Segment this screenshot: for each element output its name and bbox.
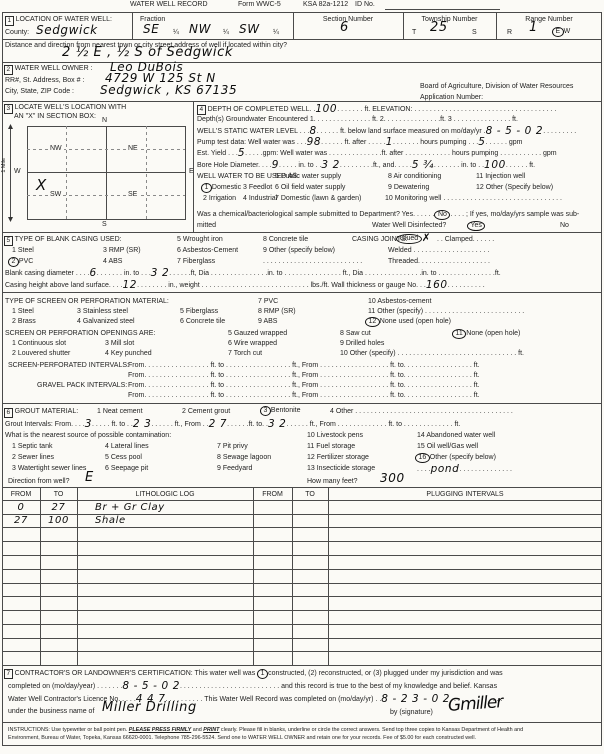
use-injection-well: 11 Injection well xyxy=(476,173,525,181)
openings-mill-slot: 3 Mill slot xyxy=(105,340,134,348)
lith-row-from: 0 xyxy=(2,504,40,512)
openings-continuous-slot: 1 Continuous slot xyxy=(12,340,66,348)
section5-title: 5TYPE OF BLANK CASING USED: xyxy=(4,236,122,246)
grout-from1-value: 3 xyxy=(85,418,92,430)
compass-w: W xyxy=(14,168,21,176)
grout-to2-value: 3 2 xyxy=(268,418,287,430)
quadrant-sw-label: SW xyxy=(48,191,63,199)
joints-clamped: . . Clamped. . . . . . xyxy=(437,236,494,244)
grout-cement-grout: 2 Cement grout xyxy=(182,408,230,416)
fraction-q2-value: NW xyxy=(189,25,211,33)
grout-neat-cement: 1 Neat cement xyxy=(97,408,143,416)
ksa-statute: KSA 82a-1212 xyxy=(303,1,348,9)
township-t: T xyxy=(412,29,416,37)
quadrant-se-label: SE xyxy=(126,191,139,199)
gravel-pack-intervals-label: GRAVEL PACK INTERVALS: xyxy=(37,382,127,390)
compass-n: N xyxy=(102,117,107,125)
section3-number: 3 xyxy=(4,104,13,114)
casing-other-dots: . . . . . . . . . . . . . . . . . . . . … xyxy=(263,258,362,266)
est-yield-line: Est. Yield . . .5. . . . .gpm: Well wate… xyxy=(197,149,557,158)
grout-bentonite-circled: 3Bentonite xyxy=(260,406,301,416)
disinfected-yes-circled: Yes xyxy=(467,221,485,231)
range-east-circled: EW xyxy=(552,27,570,37)
range-west: W xyxy=(564,28,571,35)
screen-rmp: 8 RMP (SR) xyxy=(258,308,296,316)
use-feedlot: 3 Feedlot xyxy=(243,184,272,192)
fraction-q1-value: SE xyxy=(143,25,159,33)
glued-check-mark: ✗ xyxy=(422,232,431,244)
range-value: 1 xyxy=(529,24,538,32)
form-title: WATER WELL RECORD xyxy=(130,1,208,9)
address-label: RR#, St. Address, Box # : xyxy=(5,77,84,85)
section4-number: 4 xyxy=(197,105,206,115)
openings-louvered: 2 Louvered shutter xyxy=(12,350,70,358)
lith-row-to: 100 xyxy=(40,517,77,525)
screen-pvc: 7 PVC xyxy=(258,298,278,306)
constructed-1-circled: 1 xyxy=(257,669,268,679)
contam-abandoned-well: 14 Abandoned water well xyxy=(417,432,495,440)
lith-row-description: Br + Gr Clay xyxy=(95,504,165,512)
use-oil-field: 6 Oil field water supply xyxy=(275,184,345,192)
interval-row: From. . . . . . . . . . . . . . . . . ft… xyxy=(128,382,480,390)
screen-brass: 2 Brass xyxy=(12,318,36,326)
section2-number: 2 xyxy=(4,65,13,75)
openings-saw-cut: 8 Saw cut xyxy=(340,330,371,338)
use-industrial: 4 Industrial xyxy=(243,195,277,203)
lith-row-from: 27 xyxy=(2,517,40,525)
contam-feedyard: 9 Feedyard xyxy=(217,465,252,473)
compass-s: S xyxy=(102,221,107,229)
county-value: Sedgwick xyxy=(36,26,98,34)
table-header-from-2: FROM xyxy=(253,491,292,499)
casing-asbestos-cement: 6 Asbestos-Cement xyxy=(177,247,238,255)
county-label: County: xyxy=(5,29,29,37)
one-mile-label: 1 Mile xyxy=(1,158,7,173)
screen-stainless: 3 Stainless steel xyxy=(77,308,128,316)
contam-other-value: pond xyxy=(431,463,460,475)
contam-fertilizer: 12 Fertilizer storage xyxy=(307,454,369,462)
section-number-value: 6 xyxy=(340,24,349,32)
grout-from2-value: 2 7 xyxy=(209,418,228,430)
application-number-label: Application Number: xyxy=(420,94,483,102)
business-name-label: under the business name of xyxy=(8,708,94,716)
chem-sample-no-circled: No xyxy=(434,210,450,220)
address-value: 4729 W 125 St N xyxy=(105,74,216,82)
section6-title: 6GROUT MATERIAL: xyxy=(4,408,78,418)
grout-other: 4 Other . . . . . . . . . . . . . . . . … xyxy=(330,408,513,416)
screen-none-used-circled: 12None used (open hole) xyxy=(365,317,451,327)
casing-height-value: 12 xyxy=(123,279,138,291)
certification-line-1: 7CONTRACTOR'S OR LANDOWNER'S CERTIFICATI… xyxy=(4,669,503,679)
quarter-glyph: ¼ xyxy=(223,29,229,37)
pump-test-line: Pump test data: Well water was . . .98. … xyxy=(197,138,522,147)
quadrant-nw-label: NW xyxy=(48,145,64,153)
quarter-glyph: ¼ xyxy=(173,29,179,37)
instructions-line-1: INSTRUCTIONS: Use typewriter or ball poi… xyxy=(8,727,523,733)
joints-welded: Welded . . . . . . . . . . . . . . . . .… xyxy=(388,247,489,255)
casing-other: 9 Other (specify below) xyxy=(263,247,335,255)
lith-row-description: Shale xyxy=(95,517,126,525)
board-of-agriculture-text: Board of Agriculture, Division of Water … xyxy=(420,83,573,91)
how-many-feet-value: 300 xyxy=(380,474,405,482)
screen-abs: 9 ABS xyxy=(258,318,277,326)
casing-depth-value: 3 2 xyxy=(151,267,170,279)
range-r: R xyxy=(507,29,512,37)
use-other: 12 Other (Specify below) xyxy=(476,184,553,192)
contam-watertight-sewer: 3 Watertight sewer lines xyxy=(12,465,86,473)
depth-completed-line: 4DEPTH OF COMPLETED WELL. .100. . . . . … xyxy=(197,105,556,115)
contam-septic: 1 Septic tank xyxy=(12,443,52,451)
bore-dia2-value: 5 ¾ xyxy=(412,159,434,171)
use-monitoring-well: 10 Monitoring well . . . . . . . . . . .… xyxy=(385,195,562,203)
section6-number: 6 xyxy=(4,408,13,418)
fraction-q3-value: SW xyxy=(239,25,260,33)
township-value: 25 xyxy=(430,24,448,32)
owner-label: 2WATER WELL OWNER : xyxy=(4,65,93,75)
use-public-supply: 5 Public water supply xyxy=(275,173,341,181)
lith-row-to: 27 xyxy=(40,504,77,512)
pump-test-depth-value: 98 xyxy=(307,136,322,148)
contam-oil-gas-well: 15 Oil well/Gas well xyxy=(417,443,478,451)
form-number: Form WWC-5 xyxy=(238,1,281,9)
table-header-to-2: TO xyxy=(292,491,328,499)
use-air-conditioning: 8 Air conditioning xyxy=(388,173,441,181)
well-location-x-mark: X xyxy=(36,181,47,189)
use-domestic-circled: 1Domestic xyxy=(201,183,241,193)
pump-test-hours-value: 1 xyxy=(386,136,393,148)
screen-perforated-intervals-label: SCREEN-PERFORATED INTERVALS: xyxy=(8,362,129,370)
contam-insecticide: 13 Insecticide storage xyxy=(307,465,375,473)
contam-pit-privy: 7 Pit privy xyxy=(217,443,248,451)
contam-sewage-lagoon: 8 Sewage lagoon xyxy=(217,454,271,462)
certification-line-3: Water Well Contractor's Licence No. . . … xyxy=(8,695,503,704)
static-water-level-line: WELL'S STATIC WATER LEVEL . . .8. . . . … xyxy=(197,127,576,136)
screen-other: 11 Other (specify) . . . . . . . . . . .… xyxy=(368,308,524,316)
bore-hole-line: Bore Hole Diameter. . . .9. . . . . in. … xyxy=(197,161,535,170)
openings-none-circled: 11None (open hole) xyxy=(452,329,520,339)
gauge-no-value: 160 xyxy=(426,279,448,291)
contam-other-value-line: . . . .pond. . . . . . . . . . . . . . xyxy=(417,465,512,474)
chemical-sample-line: Was a chemical/bacteriological sample su… xyxy=(197,210,579,220)
mitted-text: mitted xyxy=(197,222,216,230)
openings-other: 10 Other (specify) . . . . . . . . . . .… xyxy=(340,350,524,358)
interval-row: From. . . . . . . . . . . . . . . . . ft… xyxy=(128,392,480,400)
depth-completed-value: 100 xyxy=(315,103,337,115)
openings-drilled-holes: 9 Drilled holes xyxy=(340,340,384,348)
screen-concrete-tile: 6 Concrete tile xyxy=(180,318,225,326)
contam-other-circled: 16Other (specify below) xyxy=(415,453,496,463)
screen-galvanized: 4 Galvanized steel xyxy=(77,318,135,326)
interval-row: From. . . . . . . . . . . . . . . . . ft… xyxy=(128,362,480,370)
disinfected-no: No xyxy=(560,222,569,230)
distance-value: 2 ½ E , ½ S of Sedgwick xyxy=(62,49,233,57)
contam-cess-pool: 5 Cess pool xyxy=(105,454,142,462)
city-label: City, State, ZIP Code : xyxy=(5,88,74,96)
table-header-from: FROM xyxy=(2,491,40,499)
range-label: Range Number xyxy=(496,16,602,24)
bore-depth2-value: 100 xyxy=(484,159,506,171)
measured-date-value: 8 - 5 - 0 2 xyxy=(486,125,544,137)
completed-date-value: 8 - 5 - 0 2 xyxy=(122,680,180,692)
grout-to1-value: 2 3 xyxy=(133,418,152,430)
bore-dia1-value: 9 xyxy=(272,159,279,171)
openings-title: SCREEN OR PERFORATION OPENINGS ARE: xyxy=(5,330,155,338)
screen-fiberglass: 5 Fiberglass xyxy=(180,308,218,316)
casing-steel: 1 Steel xyxy=(12,247,34,255)
section3-title-2: AN "X" IN SECTION BOX: xyxy=(14,113,96,121)
screen-asbestos: 10 Asbestos-cement xyxy=(368,298,431,306)
contractor-signature: Gmiller xyxy=(448,700,502,712)
screen-material-title: TYPE OF SCREEN OR PERFORATION MATERIAL: xyxy=(5,298,169,306)
township-label: Township Number xyxy=(403,16,496,24)
casing-pvc-circled: 2PVC xyxy=(8,257,33,267)
id-no-label: ID No. xyxy=(355,1,375,9)
bore-depth1-value: 3 2 xyxy=(321,159,340,171)
quadrant-ne-label: NE xyxy=(126,145,140,153)
disinfected-label: Water Well Disinfected? xyxy=(372,222,446,230)
contam-lateral: 4 Lateral lines xyxy=(105,443,149,451)
openings-torch-cut: 7 Torch cut xyxy=(228,350,262,358)
city-value: Sedgwick , KS 67135 xyxy=(100,86,237,94)
township-s: S xyxy=(472,29,477,37)
openings-gauzed: 5 Gauzed wrapped xyxy=(228,330,287,338)
casing-fiberglass: 7 Fiberglass xyxy=(177,258,215,266)
grout-intervals-line: Grout Intervals: From. . . .3. . . . . f… xyxy=(5,420,460,429)
pump-test-gpm-value: 5 xyxy=(478,136,485,148)
openings-wire-wrapped: 6 Wire wrapped xyxy=(228,340,277,348)
casing-wrought-iron: 5 Wrought iron xyxy=(177,236,223,244)
compass-e: E xyxy=(189,168,194,176)
section1-number: 1 xyxy=(5,16,14,26)
use-dewatering: 9 Dewatering xyxy=(388,184,429,192)
interval-row: From. . . . . . . . . . . . . . . . . ft… xyxy=(128,372,480,380)
direction-from-well-value: E xyxy=(85,474,94,482)
blank-casing-diameter-line: Blank casing diameter . . . .6. . . . . … xyxy=(5,269,501,278)
screen-steel: 1 Steel xyxy=(12,308,34,316)
casing-rmp: 3 RMP (SR) xyxy=(103,247,141,255)
contamination-question: What is the nearest source of possible c… xyxy=(5,432,171,440)
by-signature-label: by (signature) xyxy=(390,709,433,717)
section5-number: 5 xyxy=(4,236,13,246)
use-irrigation: 2 Irrigation xyxy=(203,195,236,203)
groundwater-encountered-line: Depth(s) Groundwater Encountered 1. . . … xyxy=(197,116,518,124)
table-header-to: TO xyxy=(40,491,77,499)
casing-dia-value: 6 xyxy=(89,267,96,279)
owner-value: Leo DuBois xyxy=(110,63,183,71)
contam-sewer: 2 Sewer lines xyxy=(12,454,54,462)
contam-seepage-pit: 6 Seepage pit xyxy=(105,465,148,473)
contam-livestock: 10 Livestock pens xyxy=(307,432,363,440)
openings-key-punched: 4 Key punched xyxy=(105,350,152,358)
direction-from-well-label: Direction from well? xyxy=(8,478,69,486)
record-completed-date-value: 8 - 2 3 - 0 2 xyxy=(381,693,450,705)
section7-number: 7 xyxy=(4,669,13,679)
contam-fuel: 11 Fuel storage xyxy=(307,443,355,451)
business-name-value: Miller Drilling xyxy=(102,704,197,712)
table-header-lithologic-log: LITHOLOGIC LOG xyxy=(77,491,253,499)
joints-glued-circled: Glued✗ xyxy=(396,234,431,244)
instructions-line-2: Environment, Bureau of Water, Topeka, Ka… xyxy=(8,735,476,741)
certification-line-2: completed on (mo/day/year) . . . . . . .… xyxy=(8,682,497,691)
table-header-plugging-intervals: PLUGGING INTERVALS xyxy=(328,491,602,499)
quarter-glyph: ¼ xyxy=(273,29,279,37)
joints-threaded: Threaded. . . . . . . . . . . . . . . . … xyxy=(388,258,490,266)
use-domestic-lawn: 7 Domestic (lawn & garden) xyxy=(275,195,361,203)
casing-abs: 4 ABS xyxy=(103,258,122,266)
casing-height-line: Casing height above land surface. . . .1… xyxy=(5,281,485,290)
water-well-record-form: WATER WELL RECORD Form WWC-5 KSA 82a-121… xyxy=(0,0,604,754)
casing-concrete-tile: 8 Concrete tile xyxy=(263,236,308,244)
how-many-feet-label: How many feet? xyxy=(307,478,358,486)
